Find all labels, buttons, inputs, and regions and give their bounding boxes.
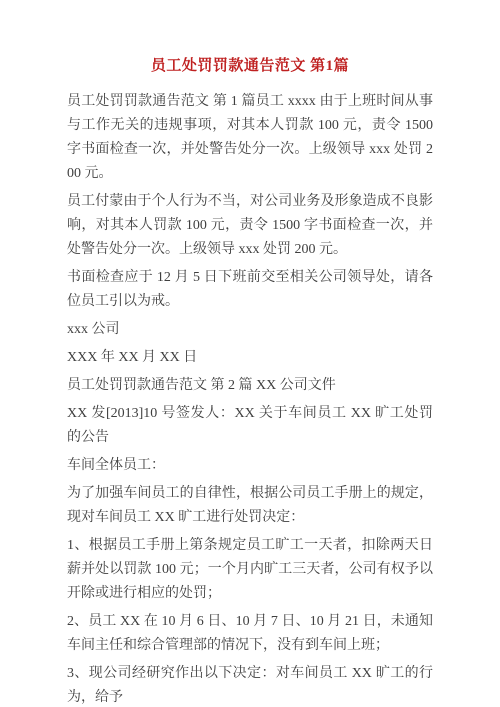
paragraph: 车间全体员工： bbox=[67, 454, 433, 478]
document-title: 员工处罚罚款通告范文 第1篇 bbox=[67, 56, 433, 76]
paragraph: 员工付蒙由于个人行为不当，对公司业务及形象造成不良影响，对其本人罚款 100 元… bbox=[67, 190, 433, 262]
document-page: 员工处罚罚款通告范文 第1篇 员工处罚罚款通告范文 第 1 篇员工 xxxx 由… bbox=[0, 0, 500, 707]
document-body: 员工处罚罚款通告范文 第 1 篇员工 xxxx 由于上班时间从事与工作无关的违规… bbox=[67, 90, 433, 707]
paragraph: 1、根据员工手册上第条规定员工旷工一天者，扣除两天日薪并处以罚款 100 元；一… bbox=[67, 534, 433, 606]
paragraph: 员工处罚罚款通告范文 第 1 篇员工 xxxx 由于上班时间从事与工作无关的违规… bbox=[67, 90, 433, 186]
paragraph: XXX 年 XX 月 XX 日 bbox=[67, 346, 433, 370]
paragraph: 员工处罚罚款通告范文 第 2 篇 XX 公司文件 bbox=[67, 374, 433, 398]
paragraph: 为了加强车间员工的自律性，根据公司员工手册上的规定，现对车间员工 XX 旷工进行… bbox=[67, 482, 433, 530]
paragraph: xxx 公司 bbox=[67, 318, 433, 342]
paragraph: XX 发[2013]10 号签发人：XX 关于车间员工 XX 旷工处罚的公告 bbox=[67, 402, 433, 450]
paragraph: 3、现公司经研究作出以下决定：对车间员工 XX 旷工的行为，给予 bbox=[67, 662, 433, 707]
paragraph: 2、员工 XX 在 10 月 6 日、10 月 7 日、10 月 21 日，未通… bbox=[67, 610, 433, 658]
paragraph: 书面检查应于 12 月 5 日下班前交至相关公司领导处，请各位员工引以为戒。 bbox=[67, 266, 433, 314]
